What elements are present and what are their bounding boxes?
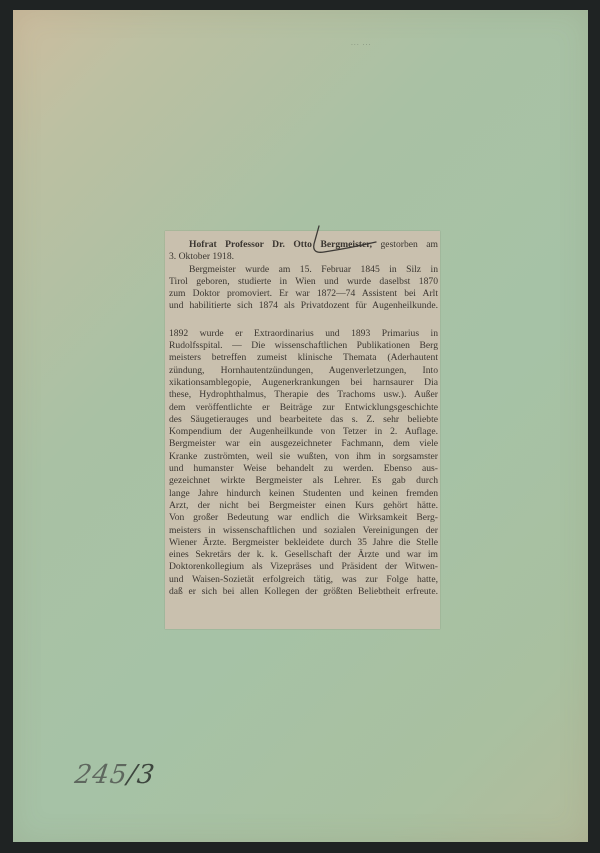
clipping-text: Hofrat Professor Dr. Otto Bergmeister, g… <box>169 239 438 598</box>
p2-line: Von großer Bedeutung war endlich die Wir… <box>169 512 438 524</box>
handwritten-number-suffix: /3 <box>126 760 158 790</box>
newspaper-clipping: Hofrat Professor Dr. Otto Bergmeister, g… <box>165 231 440 629</box>
p1-line: Tirol geboren, studierte in Wien und wur… <box>169 276 438 288</box>
p2-line: daß er sich bei allen Kollegen der größt… <box>169 586 438 598</box>
scan-frame: ··· ··· 245/3 Hofrat Professor Dr. Otto … <box>0 0 600 853</box>
p2-line: meisters in wissenschaftlichen und sozia… <box>169 525 438 537</box>
p2-line: Wiener Ärzte. Bergmeister bekleidete dur… <box>169 537 438 549</box>
p2-line: 1892 wurde er Extraordinarius und 1893 P… <box>169 328 438 340</box>
heading-rest: gestorben am <box>372 239 438 250</box>
p2-line: zündung, Hornhautentzündungen, Augenverl… <box>169 365 438 377</box>
p2-line: Arzt, der nicht bei Bergmeister einen Ku… <box>169 500 438 512</box>
p2-line: des Säugetierauges und bearbeitete das s… <box>169 414 438 426</box>
p2-line: Kranke zuströmten, weil sie wußten, von … <box>169 451 438 463</box>
heading-date: 3. Oktober 1918. <box>169 251 438 263</box>
handwritten-number-main: 245 <box>73 760 130 790</box>
p2-line: these, Hydrophthalmus, Therapie des Trac… <box>169 389 438 401</box>
handwritten-inventory-number: 245/3 <box>73 760 157 790</box>
p1-line: und habilitierte sich 1874 als Privatdoz… <box>169 300 438 312</box>
top-mark: ··· ··· <box>351 44 373 47</box>
p1-line: zum Doktor promoviert. Er war 1872—74 As… <box>169 288 438 300</box>
p2-line: xikationsamblegopie, Augenerkrankungen b… <box>169 377 438 389</box>
p2-line: Rudolfsspital. — Die wissenschaftlichen … <box>169 340 438 352</box>
p2-line: meisters betreffen zumeist klinische The… <box>169 352 438 364</box>
heading-line: Hofrat Professor Dr. Otto Bergmeister, g… <box>169 239 438 251</box>
p2-line: lange Jahre hindurch keinen Studenten un… <box>169 488 438 500</box>
p2-line: gezeichnet wirkte Bergmeister als Lehrer… <box>169 475 438 487</box>
p2-line: Doktorenkollegium als Vizepräses und Prä… <box>169 561 438 573</box>
p2-line: und humanster Weise behandelt zu werden.… <box>169 463 438 475</box>
p2-line: Kompendium der Augenheilkunde von Tetzer… <box>169 426 438 438</box>
p2-line: und Waisen-Sozietät erfolgreich tätig, w… <box>169 574 438 586</box>
p2-line: dem veröffentlichte er Beiträge zur Entw… <box>169 402 438 414</box>
heading-name: Hofrat Professor Dr. Otto Bergmeister, <box>189 239 372 250</box>
paragraph-gap <box>169 313 438 328</box>
p1-line: Bergmeister wurde am 15. Februar 1845 in… <box>169 264 438 276</box>
p2-line: Bergmeister war ein ausgezeichneter Fach… <box>169 438 438 450</box>
p2-line: eines Sekretärs der k. k. Gesellschaft d… <box>169 549 438 561</box>
